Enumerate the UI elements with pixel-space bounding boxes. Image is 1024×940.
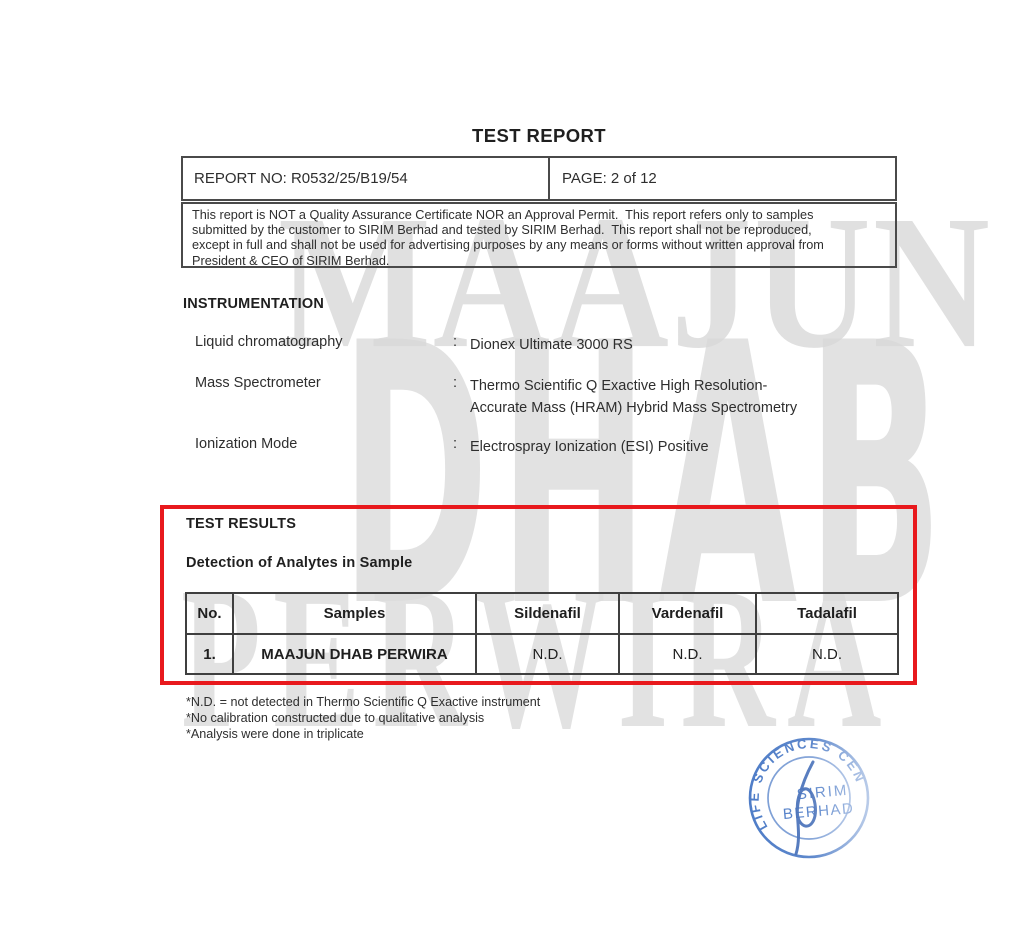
page-number: PAGE: 2 of 12: [550, 158, 895, 199]
instrument-value: Electrospray Ionization (ESI) Positive: [470, 436, 709, 458]
report-number: REPORT NO: R0532/25/B19/54: [183, 158, 550, 199]
detection-subheading: Detection of Analytes in Sample: [186, 555, 412, 571]
disclaimer-line: submitted by the customer to SIRIM Berha…: [192, 223, 886, 238]
instrumentation-heading: INSTRUMENTATION: [183, 296, 324, 312]
colon-separator: :: [453, 436, 457, 452]
disclaimer-line: President & CEO of SIRIM Berhad.: [192, 254, 886, 269]
footnote-line: *Analysis were done in triplicate: [186, 726, 540, 742]
instrument-label: Mass Spectrometer: [195, 375, 321, 391]
instrument-value: Dionex Ultimate 3000 RS: [470, 334, 633, 356]
page-title: TEST REPORT: [181, 125, 897, 147]
sirim-stamp: LIFE SCIENCES CEN SIRIM BERHAD: [731, 726, 891, 881]
column-header-tadalafil: Tadalafil: [756, 593, 898, 634]
footnotes: *N.D. = not detected in Thermo Scientifi…: [186, 694, 540, 742]
instrument-value: Thermo Scientific Q Exactive High Resolu…: [470, 375, 797, 397]
stamp-graphic: LIFE SCIENCES CEN SIRIM BERHAD: [731, 726, 891, 876]
disclaimer-box: This report is NOT a Quality Assurance C…: [181, 202, 897, 268]
footnote-line: *No calibration constructed due to quali…: [186, 710, 540, 726]
table-row: 1. MAAJUN DHAB PERWIRA N.D. N.D. N.D.: [186, 634, 898, 674]
instrument-label: Liquid chromatography: [195, 334, 343, 350]
cell-row-number: 1.: [186, 634, 233, 674]
cell-tadalafil: N.D.: [756, 634, 898, 674]
footnote-line: *N.D. = not detected in Thermo Scientifi…: [186, 694, 540, 710]
column-header-samples: Samples: [233, 593, 476, 634]
instrument-value: Accurate Mass (HRAM) Hybrid Mass Spectro…: [470, 397, 797, 419]
disclaimer-line: This report is NOT a Quality Assurance C…: [192, 208, 886, 223]
colon-separator: :: [453, 334, 457, 350]
cell-sample-name: MAAJUN DHAB PERWIRA: [233, 634, 476, 674]
disclaimer-line: except in full and shall not be used for…: [192, 238, 886, 253]
colon-separator: :: [453, 375, 457, 391]
instrument-label: Ionization Mode: [195, 436, 297, 452]
cell-vardenafil: N.D.: [619, 634, 756, 674]
column-header-sildenafil: Sildenafil: [476, 593, 619, 634]
report-header-table: REPORT NO: R0532/25/B19/54 PAGE: 2 of 12: [181, 156, 897, 201]
cell-sildenafil: N.D.: [476, 634, 619, 674]
column-header-vardenafil: Vardenafil: [619, 593, 756, 634]
test-results-heading: TEST RESULTS: [186, 516, 296, 532]
table-header-row: No. Samples Sildenafil Vardenafil Tadala…: [186, 593, 898, 634]
results-table: No. Samples Sildenafil Vardenafil Tadala…: [185, 592, 899, 675]
column-header-no: No.: [186, 593, 233, 634]
test-report-page: MAAJUN DHAB PERWIRA TEST REPORT REPORT N…: [0, 0, 1024, 940]
